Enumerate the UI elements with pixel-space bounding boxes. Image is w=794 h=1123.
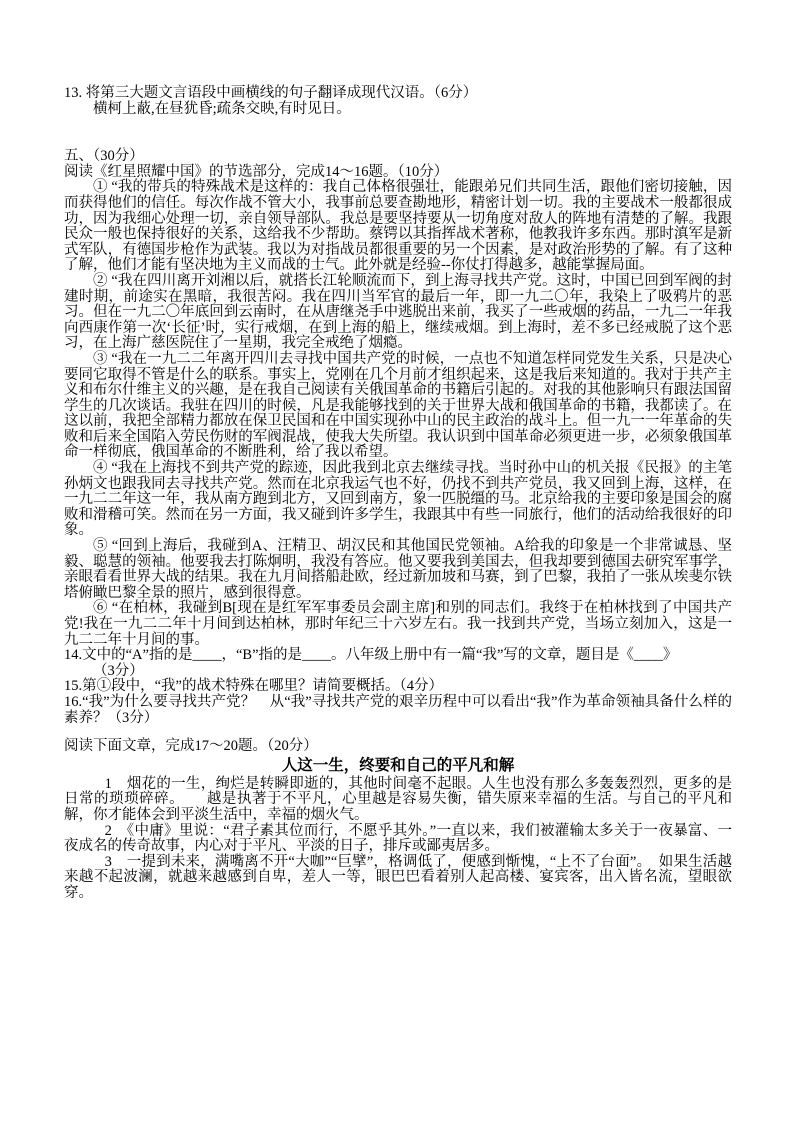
essay-title: 人这一生，终要和自己的平凡和解: [64, 756, 732, 775]
excerpt-paragraph-3: ③ “我在一九二二年离开四川去寻找中国共产党的时候，一点也不知道怎样同党发生关系…: [64, 352, 732, 461]
excerpt-paragraph-4: ④ “我在上海找不到共产党的踪迹，因此我到北京去继续寻找。当时孙中山的机关报《民…: [64, 461, 732, 539]
question-15: 15.第①段中，“我”的战术特殊在哪里？请简要概括。（4分）: [64, 679, 732, 695]
excerpt-paragraph-5: ⑤ “回到上海后，我碰到A、汪精卫、胡汉民和其他国民党领袖。A给我的印象是一个非…: [64, 539, 732, 601]
excerpt-paragraph-6: ⑥ “在柏林，我碰到B[现在是红军军事委员会副主席]和别的同志们。我终于在柏林找…: [64, 601, 732, 648]
exam-paper-page: 13. 将第三大题文言语段中画横线的句子翻译成现代汉语。（6分） 横柯上蔽,在昼…: [0, 0, 794, 1123]
essay-paragraph-2: 2 《中庸》里说：“君子素其位而行，不愿乎其外。”一直以来，我们被灌输太多关于一…: [64, 824, 732, 855]
question-16: 16.“我”为什么要寻找共产党？ 从“我”寻找共产党的艰辛历程中可以看出“我”作…: [64, 695, 732, 726]
section-divider-space: [64, 117, 732, 149]
excerpt-paragraph-2: ② “我在四川离开刘湘以后，就搭长江轮顺流而下，到上海寻找共产党。这时，中国已回…: [64, 274, 732, 352]
essay-paragraph-1: 1 烟花的一生，绚烂是转瞬即逝的，其他时间毫不起眼。人生也没有那么多轰轰烈烈，更…: [64, 777, 732, 824]
question-13-prompt: 13. 将第三大题文言语段中画横线的句子翻译成现代汉语。（6分）: [64, 86, 732, 102]
essay-paragraph-3: 3 一提到未来，满嘴离不开“大咖”“巨擘”，格调低了，便感到惭愧，“上不了台面”…: [64, 855, 732, 902]
section-five-heading: 五、（30分）: [64, 149, 732, 165]
essay-instruction: 阅读下面文章，完成17～20题。（20分）: [64, 739, 732, 755]
question-14: 14.文中的“A”指的是____，“B”指的是____。八年级上册中有一篇“我”…: [64, 648, 732, 664]
question-13-source-sentence: 横柯上蔽,在昼犹昏;疏条交映,有时见日。: [64, 102, 732, 118]
excerpt-paragraph-1: ① “我的带兵的特殊战术是这样的：我自己体格很强壮，能跟弟兄们共同生活，跟他们密…: [64, 180, 732, 274]
